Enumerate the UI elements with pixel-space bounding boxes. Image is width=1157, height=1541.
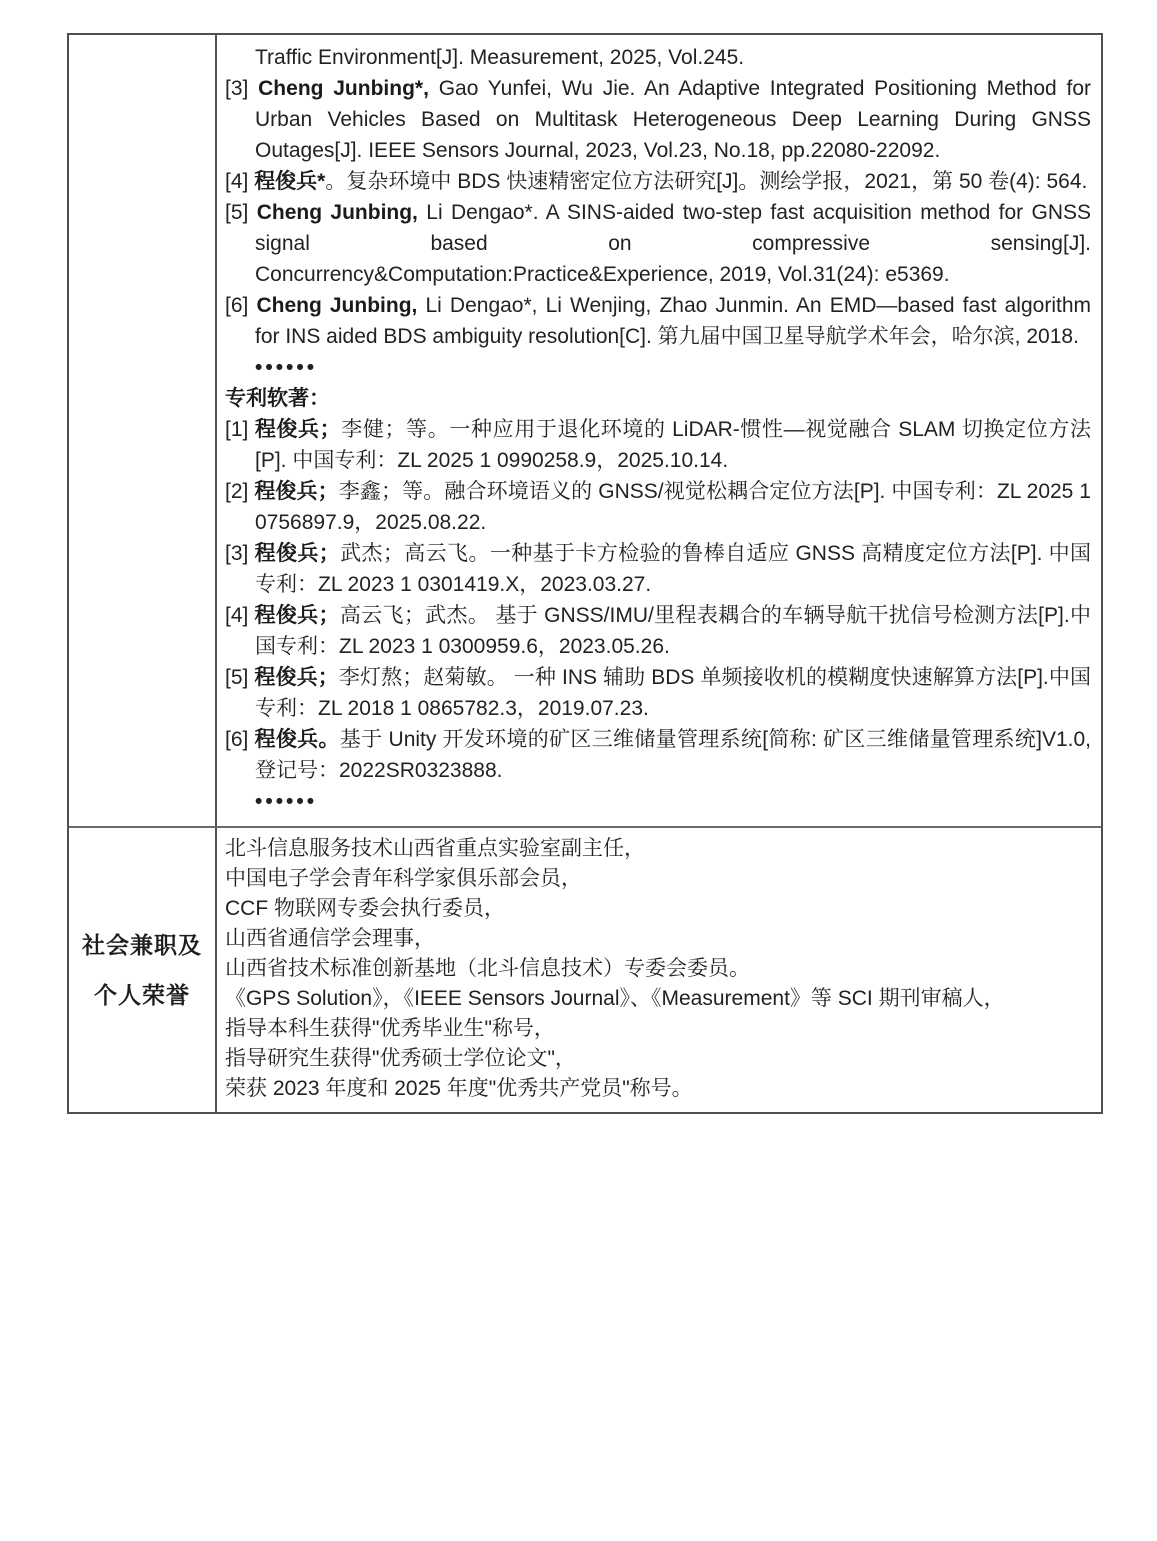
publications-list: [3] Cheng Junbing*, Gao Yunfei, Wu Jie. … bbox=[225, 73, 1091, 352]
patent-text: 李健；等。一种应用于退化环境的 LiDAR-惯性—视觉融合 SLAM 切换定位方… bbox=[255, 418, 1091, 472]
row2-content-cell: 北斗信息服务技术山西省重点实验室副主任， 中国电子学会青年科学家俱乐部会员， C… bbox=[217, 828, 1101, 1112]
patent-author-bold: 程俊兵； bbox=[255, 418, 341, 441]
row-label-line2: 个人荣誉 bbox=[94, 970, 190, 1020]
patents-section-heading: 专利软著： bbox=[225, 383, 1091, 414]
patent-text: 高云飞；武杰。 基于 GNSS/IMU/里程表耦合的车辆导航干扰信号检测方法[P… bbox=[255, 604, 1091, 658]
patent-item: [2] 程俊兵；李鑫；等。融合环境语义的 GNSS/视觉松耦合定位方法[P]. … bbox=[225, 476, 1091, 538]
reference-authors-bold: Cheng Junbing, bbox=[256, 294, 417, 317]
honor-line: 指导研究生获得"优秀硕士学位论文"， bbox=[225, 1044, 1091, 1074]
honor-line: 荣获 2023 年度和 2025 年度"优秀共产党员"称号。 bbox=[225, 1074, 1091, 1104]
reference-number: [6] bbox=[225, 294, 256, 317]
document-page: Traffic Environment[J]. Measurement, 202… bbox=[0, 0, 1157, 1541]
ellipsis-dots: •••••• bbox=[225, 786, 1091, 817]
patent-author-bold: 程俊兵； bbox=[254, 666, 338, 689]
reference-number: [5] bbox=[225, 201, 257, 224]
honor-line: 山西省技术标准创新基地（北斗信息技术）专委会委员。 bbox=[225, 954, 1091, 984]
patent-author-bold: 程俊兵； bbox=[255, 604, 340, 627]
reference-authors-bold: Cheng Junbing*, bbox=[258, 77, 429, 100]
reference-number: [4] bbox=[225, 170, 254, 193]
patent-author-bold: 程俊兵。 bbox=[255, 728, 340, 751]
publication-item: [6] Cheng Junbing, Li Dengao*, Li Wenjin… bbox=[225, 290, 1091, 352]
patent-item: [1] 程俊兵；李健；等。一种应用于退化环境的 LiDAR-惯性—视觉融合 SL… bbox=[225, 414, 1091, 476]
patent-number: [6] bbox=[225, 728, 255, 751]
honor-line: 指导本科生获得"优秀毕业生"称号， bbox=[225, 1014, 1091, 1044]
ellipsis-dots: •••••• bbox=[225, 352, 1091, 383]
patent-number: [3] bbox=[225, 542, 255, 565]
publication-item: [4] 程俊兵*。复杂环境中 BDS 快速精密定位方法研究[J]。测绘学报，20… bbox=[225, 166, 1091, 197]
row1-content-cell: Traffic Environment[J]. Measurement, 202… bbox=[217, 35, 1101, 826]
patent-author-bold: 程俊兵； bbox=[255, 542, 340, 565]
reference-text: 。复杂环境中 BDS 快速精密定位方法研究[J]。测绘学报，2021，第 50 … bbox=[325, 170, 1087, 193]
patent-text: 武杰；高云飞。一种基于卡方检验的鲁棒自适应 GNSS 高精度定位方法[P]. 中… bbox=[255, 542, 1091, 596]
row1-label-cell-empty bbox=[69, 35, 217, 826]
honor-line: 山西省通信学会理事， bbox=[225, 924, 1091, 954]
patent-text: 基于 Unity 开发环境的矿区三维储量管理系统[简称: 矿区三维储量管理系统]… bbox=[255, 728, 1091, 782]
patent-author-bold: 程俊兵； bbox=[254, 480, 338, 503]
patent-number: [5] bbox=[225, 666, 254, 689]
honor-line: 中国电子学会青年科学家俱乐部会员， bbox=[225, 864, 1091, 894]
reference-authors-bold: Cheng Junbing, bbox=[257, 201, 418, 224]
patent-number: [1] bbox=[225, 418, 255, 441]
cv-table: Traffic Environment[J]. Measurement, 202… bbox=[67, 33, 1103, 1114]
row-label-line1: 社会兼职及 bbox=[82, 920, 202, 970]
patents-list: [1] 程俊兵；李健；等。一种应用于退化环境的 LiDAR-惯性—视觉融合 SL… bbox=[225, 414, 1091, 786]
reference-number: [3] bbox=[225, 77, 258, 100]
honor-line: 《GPS Solution》，《IEEE Sensors Journal》、《M… bbox=[225, 984, 1091, 1014]
publications-patents-row: Traffic Environment[J]. Measurement, 202… bbox=[69, 35, 1101, 826]
patent-item: [3] 程俊兵；武杰；高云飞。一种基于卡方检验的鲁棒自适应 GNSS 高精度定位… bbox=[225, 538, 1091, 600]
publication-item: [5] Cheng Junbing, Li Dengao*. A SINS-ai… bbox=[225, 197, 1091, 290]
patent-item: [6] 程俊兵。基于 Unity 开发环境的矿区三维储量管理系统[简称: 矿区三… bbox=[225, 724, 1091, 786]
patent-text: 李灯熬；赵菊敏。 一种 INS 辅助 BDS 单频接收机的模糊度快速解算方法[P… bbox=[255, 666, 1091, 720]
patent-item: [5] 程俊兵；李灯熬；赵菊敏。 一种 INS 辅助 BDS 单频接收机的模糊度… bbox=[225, 662, 1091, 724]
honor-line: 北斗信息服务技术山西省重点实验室副主任， bbox=[225, 834, 1091, 864]
publication-continuation-line: Traffic Environment[J]. Measurement, 202… bbox=[225, 42, 1091, 73]
honors-list: 北斗信息服务技术山西省重点实验室副主任， 中国电子学会青年科学家俱乐部会员， C… bbox=[225, 834, 1091, 1104]
row2-label-cell: 社会兼职及 个人荣誉 bbox=[69, 828, 217, 1112]
patent-number: [2] bbox=[225, 480, 254, 503]
publication-item: [3] Cheng Junbing*, Gao Yunfei, Wu Jie. … bbox=[225, 73, 1091, 166]
patent-text: 李鑫；等。融合环境语义的 GNSS/视觉松耦合定位方法[P]. 中国专利：ZL … bbox=[255, 480, 1091, 534]
honor-line: CCF 物联网专委会执行委员， bbox=[225, 894, 1091, 924]
social-honors-row: 社会兼职及 个人荣誉 北斗信息服务技术山西省重点实验室副主任， 中国电子学会青年… bbox=[69, 826, 1101, 1112]
reference-authors-bold: 程俊兵* bbox=[254, 170, 325, 193]
patent-item: [4] 程俊兵；高云飞；武杰。 基于 GNSS/IMU/里程表耦合的车辆导航干扰… bbox=[225, 600, 1091, 662]
patent-number: [4] bbox=[225, 604, 255, 627]
